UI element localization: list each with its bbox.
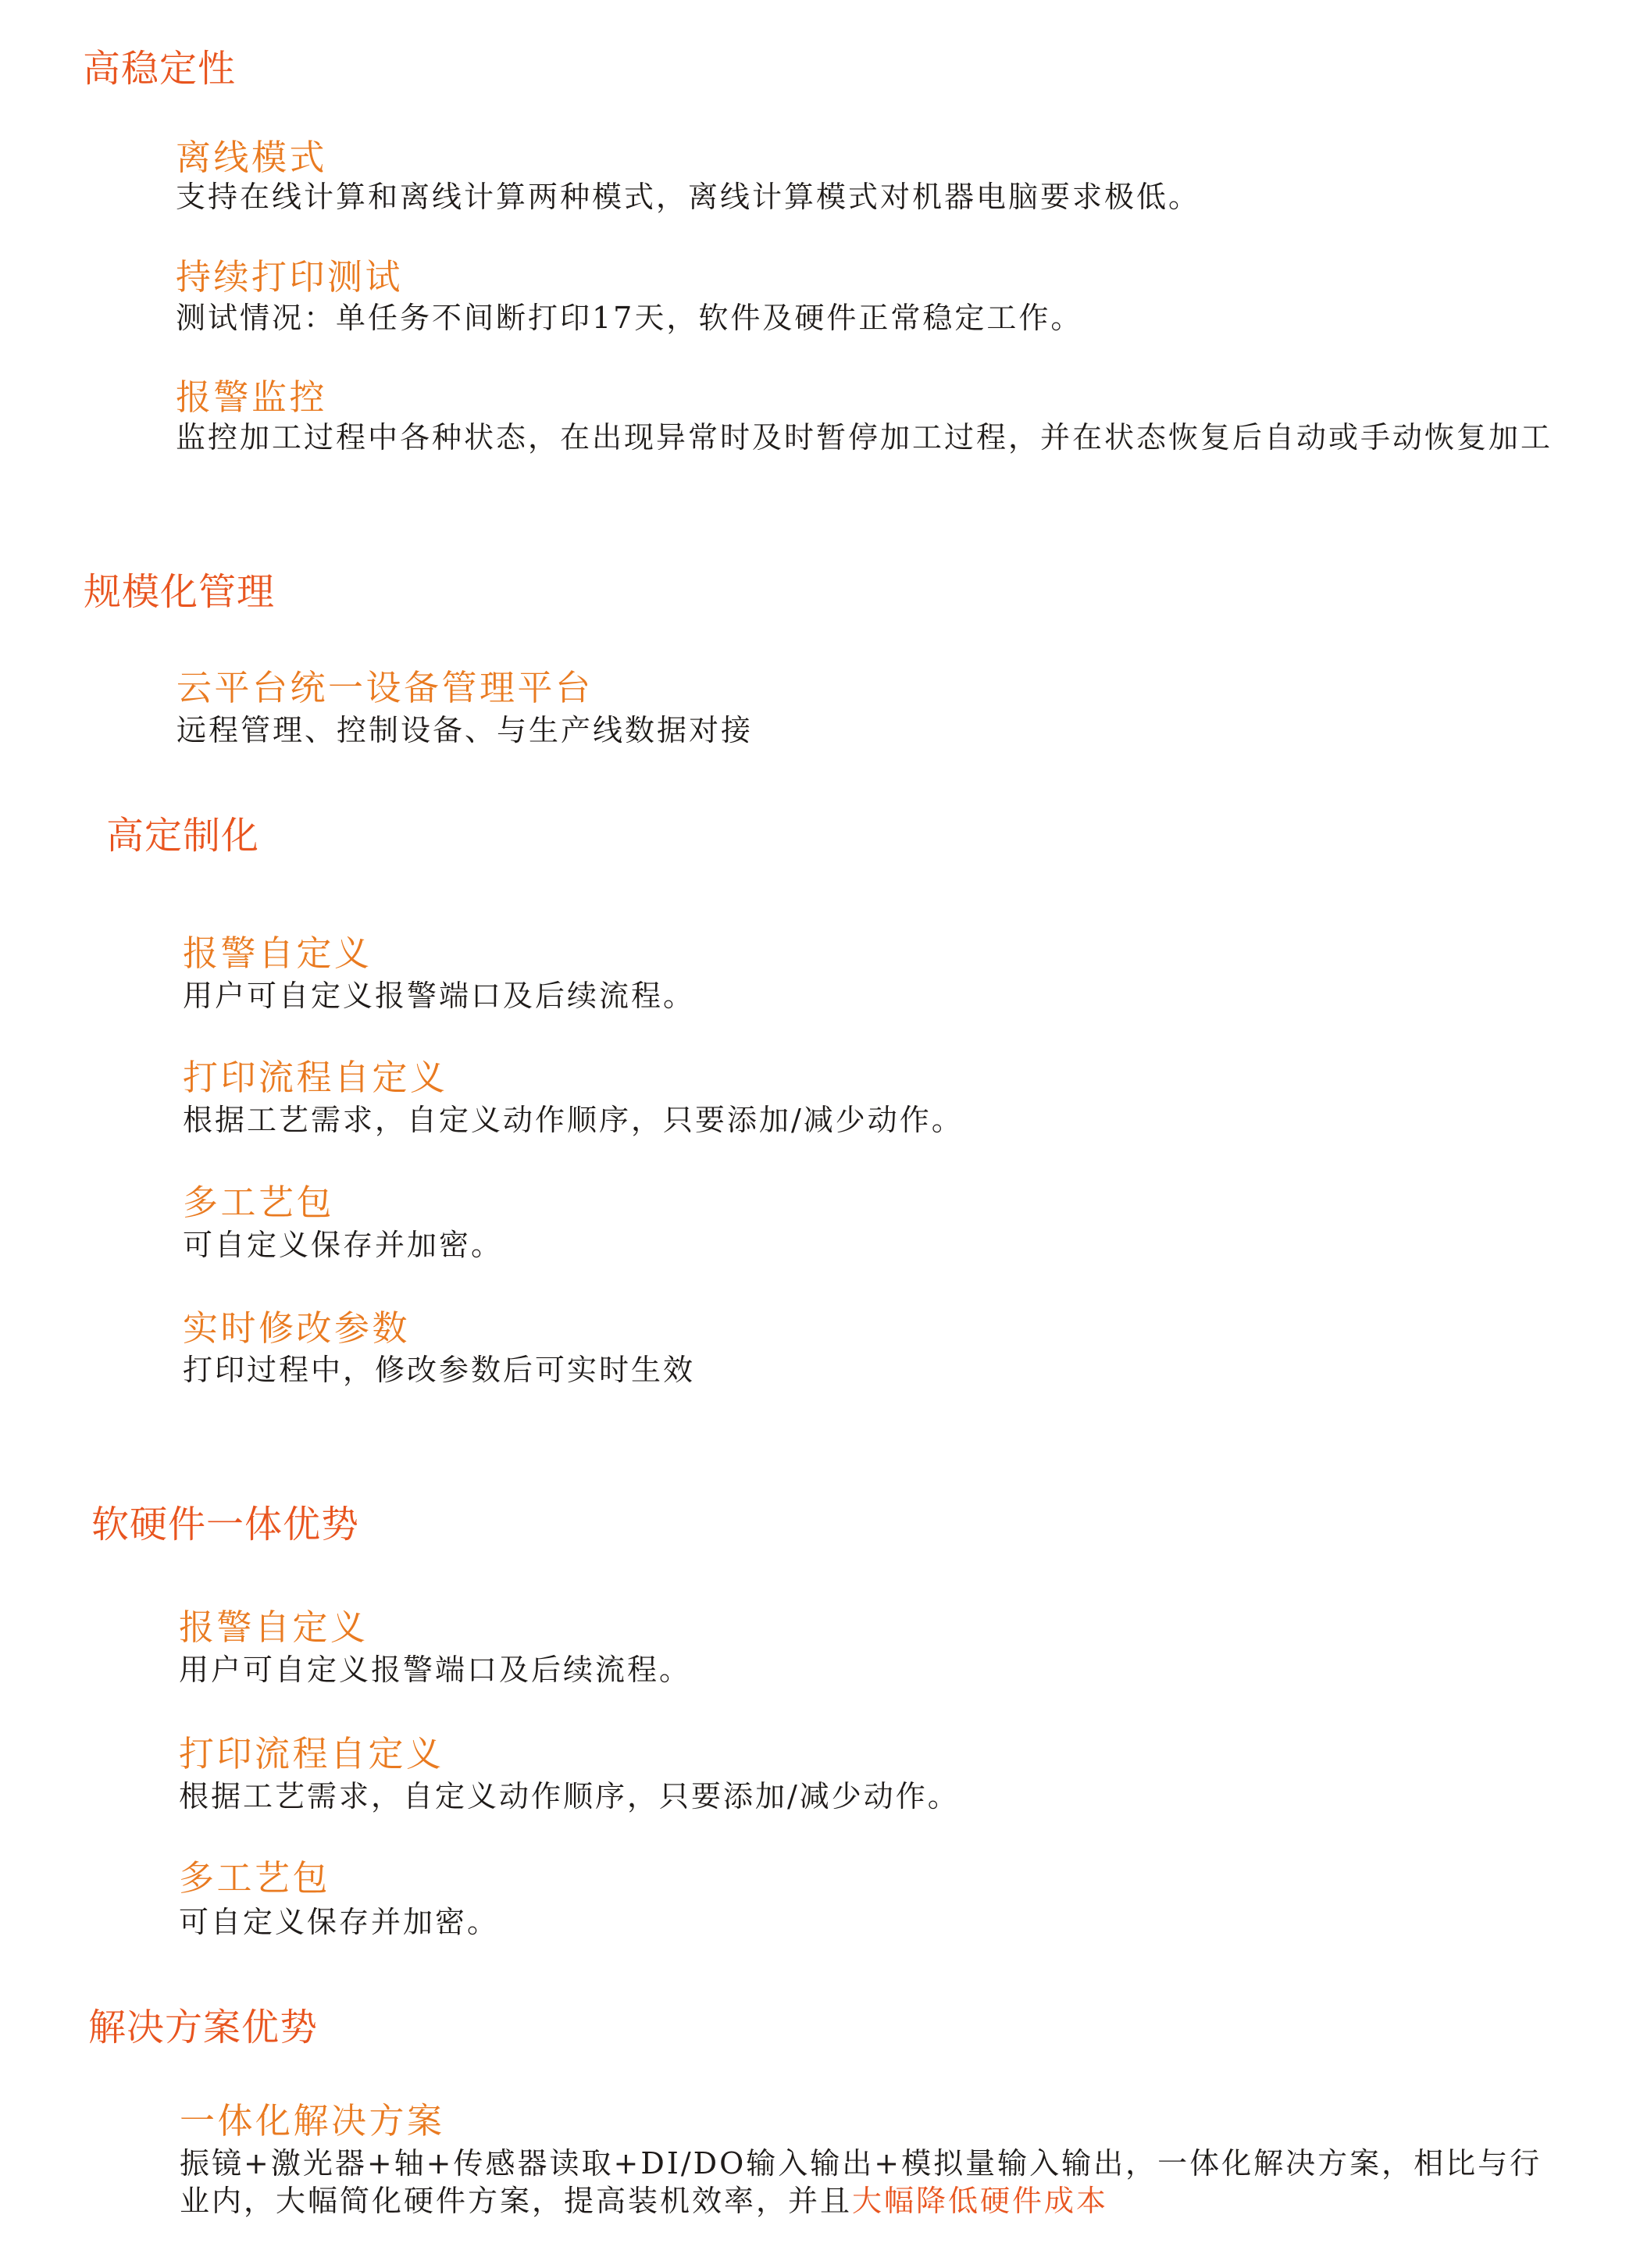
feature-description: 根据工艺需求，自定义动作顺序，只要添加/减少动作。 [179, 1777, 960, 1816]
feature-description: 用户可自定义报警端口及后续流程。 [183, 976, 695, 1015]
section-title-stability: 高稳定性 [83, 45, 236, 92]
feature-description: 测试情况：单任务不间断打印17天，软件及硬件正常稳定工作。 [176, 298, 1082, 337]
feature-title: 报警自定义 [183, 932, 373, 975]
feature-title: 打印流程自定义 [179, 1732, 444, 1776]
feature-description: 远程管理、控制设备、与生产线数据对接 [176, 711, 753, 750]
feature-title: 云平台统一设备管理平台 [176, 666, 594, 710]
feature-description: 支持在线计算和离线计算两种模式，离线计算模式对机器电脑要求极低。 [176, 177, 1200, 216]
section-title-hw-sw-integration: 软硬件一体优势 [91, 1501, 359, 1548]
feature-description: 打印过程中，修改参数后可实时生效 [183, 1350, 695, 1389]
section-title-solution-advantage: 解决方案优势 [88, 2004, 318, 2051]
section-title-scale-management: 规模化管理 [84, 569, 275, 615]
feature-title: 多工艺包 [183, 1181, 334, 1225]
feature-description: 用户可自定义报警端口及后续流程。 [179, 1650, 691, 1689]
feature-title: 实时修改参数 [183, 1307, 410, 1350]
feature-description: 监控加工过程中各种状态，在出现异常时及时暂停加工过程，并在状态恢复后自动或手动恢… [176, 418, 1553, 457]
section-title-customization: 高定制化 [106, 812, 259, 859]
feature-title: 离线模式 [176, 136, 327, 180]
feature-title: 多工艺包 [179, 1856, 330, 1900]
feature-description: 可自定义保存并加密。 [183, 1225, 503, 1264]
feature-title: 报警自定义 [179, 1606, 369, 1649]
feature-description: 可自定义保存并加密。 [179, 1902, 499, 1942]
feature-title: 持续打印测试 [176, 255, 403, 299]
feature-description-line-1: 振镜+激光器+轴+传感器读取+DI/DO输入输出+模拟量输入输出，一体化解决方案… [180, 2144, 1542, 2183]
feature-description: 根据工艺需求，自定义动作顺序，只要添加/减少动作。 [183, 1100, 964, 1139]
feature-title: 一体化解决方案 [180, 2099, 445, 2143]
highlighted-text: 大幅降低硬件成本 [852, 2184, 1108, 2218]
description-text: 业内，大幅简化硬件方案，提高装机效率，并且 [180, 2184, 852, 2218]
feature-description-line-2: 业内，大幅简化硬件方案，提高装机效率，并且大幅降低硬件成本 [180, 2181, 1108, 2220]
feature-title: 打印流程自定义 [183, 1056, 448, 1100]
feature-title: 报警监控 [176, 376, 327, 419]
